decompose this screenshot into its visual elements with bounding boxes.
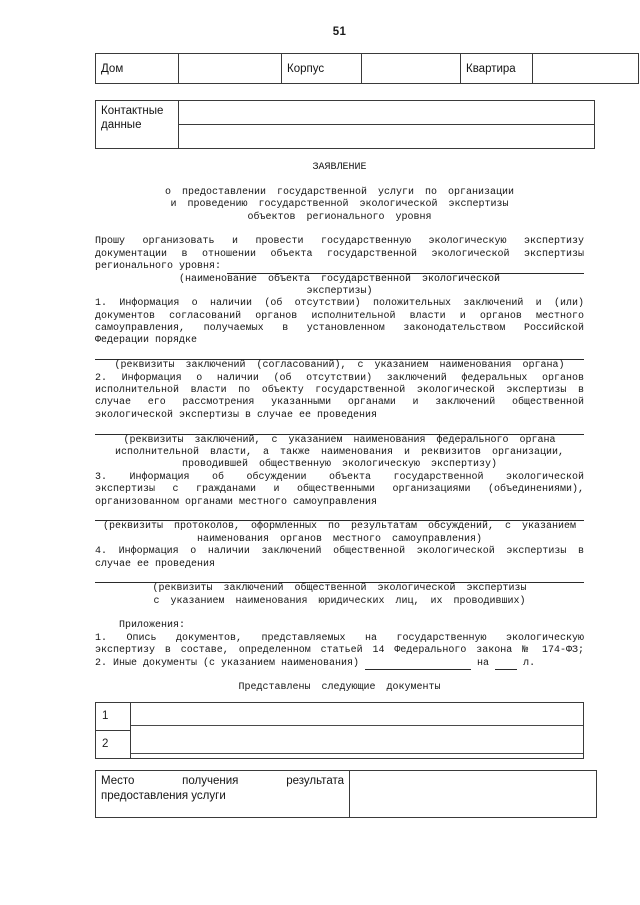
item1-line: документов согласований органов исполнит… [95,311,584,323]
document-name-field[interactable] [131,702,584,730]
address-table: Дом Корпус Квартира [95,53,639,84]
contact-input-cell-1[interactable] [179,101,595,125]
item1-line: самоуправления, получаемых в установленн… [95,323,584,335]
building-input-cell[interactable] [362,54,461,84]
address-row: Дом Корпус Квартира [96,54,639,84]
appendix-item2-sheets: л. [523,658,535,670]
house-input-cell[interactable] [179,54,282,84]
item4-caption-line: (реквизиты заключений общественной эколо… [95,583,584,595]
apartment-input-cell[interactable] [533,54,639,84]
item2-blank-field[interactable] [95,422,584,434]
document-row-number: 2 [96,730,131,758]
item2-line: экологической экспертизы в случае ее про… [95,410,584,422]
item3-caption-line: (реквизиты протоколов, оформленных по ре… [95,521,584,533]
result-place-label: Место получения результата предоставлени… [96,770,350,817]
item1-blank-field[interactable] [95,348,584,360]
contact-input-cell-2[interactable] [179,125,595,149]
appendix-item1-line: 1. Опись документов, представляемых на г… [95,633,584,645]
application-subtitle-line: объектов регионального уровня [95,212,584,224]
contact-row-1: Контактные данные [96,101,595,125]
intro-caption-line: экспертизы) [95,286,584,298]
spacer [95,224,584,236]
intro-line: документации в отношении объекта государ… [95,249,584,261]
item1-line: Федерации порядке [95,335,584,347]
item4-caption-line: с указанием наименования юридических лиц… [95,596,584,608]
result-place-input-cell[interactable] [350,770,597,817]
item4-line: случае ее проведения [95,559,584,571]
documents-heading: Представлены следующие документы [95,682,584,694]
item3-line: экспертизы с гражданами и общественными … [95,484,584,496]
result-row: Место получения результата предоставлени… [96,770,597,817]
intro-last-label: регионального уровня: [95,261,221,273]
result-table: Место получения результата предоставлени… [95,770,597,818]
item3-blank-field[interactable] [95,509,584,521]
spacer [95,174,584,186]
documents-table: 1 2 [95,702,584,759]
document-row-number: 1 [96,702,131,730]
intro-line: Прошу организовать и провести государств… [95,236,584,248]
building-label: Корпус [282,54,362,84]
house-label: Дом [96,54,179,84]
item2-line: случае его рассмотрения указанными орган… [95,397,584,409]
appendix-item2-prefix: 2. Иные документы (с указанием наименова… [95,658,359,670]
appendix-item2-line: 2. Иные документы (с указанием наименова… [95,658,584,670]
item1-caption-line: (реквизиты заключений (согласований), с … [95,360,584,372]
item4-blank-field[interactable] [95,571,584,583]
item2-caption-line: проводившей общественную экологическую э… [95,459,584,471]
item3-line: 3. Информация об обсуждении объекта госу… [95,472,584,484]
item2-line: 2. Информация о наличии (об отсутствии) … [95,373,584,385]
intro-caption-line: (наименование объекта государственной эк… [95,274,584,286]
intro-last-line: регионального уровня: [95,261,584,273]
application-subtitle-line: о предоставлении государственной услуги … [95,187,584,199]
application-body: ЗАЯВЛЕНИЕ о предоставлении государственн… [95,162,584,695]
contact-label: Контактные данные [96,101,179,149]
sheets-count-field[interactable] [495,659,517,670]
item1-line: 1. Информация о наличии (об отсутствии) … [95,298,584,310]
item4-line: 4. Информация о наличии заключений общес… [95,546,584,558]
contact-table: Контактные данные [95,100,595,149]
document-name-field[interactable] [131,730,584,758]
other-documents-field[interactable] [365,659,471,670]
appendix-item2-on: на [477,658,489,670]
application-subtitle-line: и проведению государственной экологическ… [95,199,584,211]
item2-line: исполнительной власти по объекту государ… [95,385,584,397]
application-title: ЗАЯВЛЕНИЕ [95,162,584,174]
document-row: 1 [96,702,584,730]
item3-line: организованном органами местного самоупр… [95,497,584,509]
spacer [95,608,584,620]
appendix-heading: Приложения: [95,620,584,632]
item2-caption-line: исполнительной власти, а также наименова… [95,447,584,459]
page-content: 51 Дом Корпус Квартира Контактные данные [95,0,584,818]
appendix-item1-line: экспертизу в составе, определенном стать… [95,645,584,657]
document-row: 2 [96,730,584,758]
apartment-label: Квартира [461,54,533,84]
spacer [95,670,584,682]
page-number: 51 [95,0,584,38]
object-name-field[interactable] [227,263,584,274]
item2-caption-line: (реквизиты заключений, с указанием наиме… [95,435,584,447]
document-page: 51 Дом Корпус Квартира Контактные данные [0,0,640,905]
item3-caption-line: наименования органов местного самоуправл… [95,534,584,546]
